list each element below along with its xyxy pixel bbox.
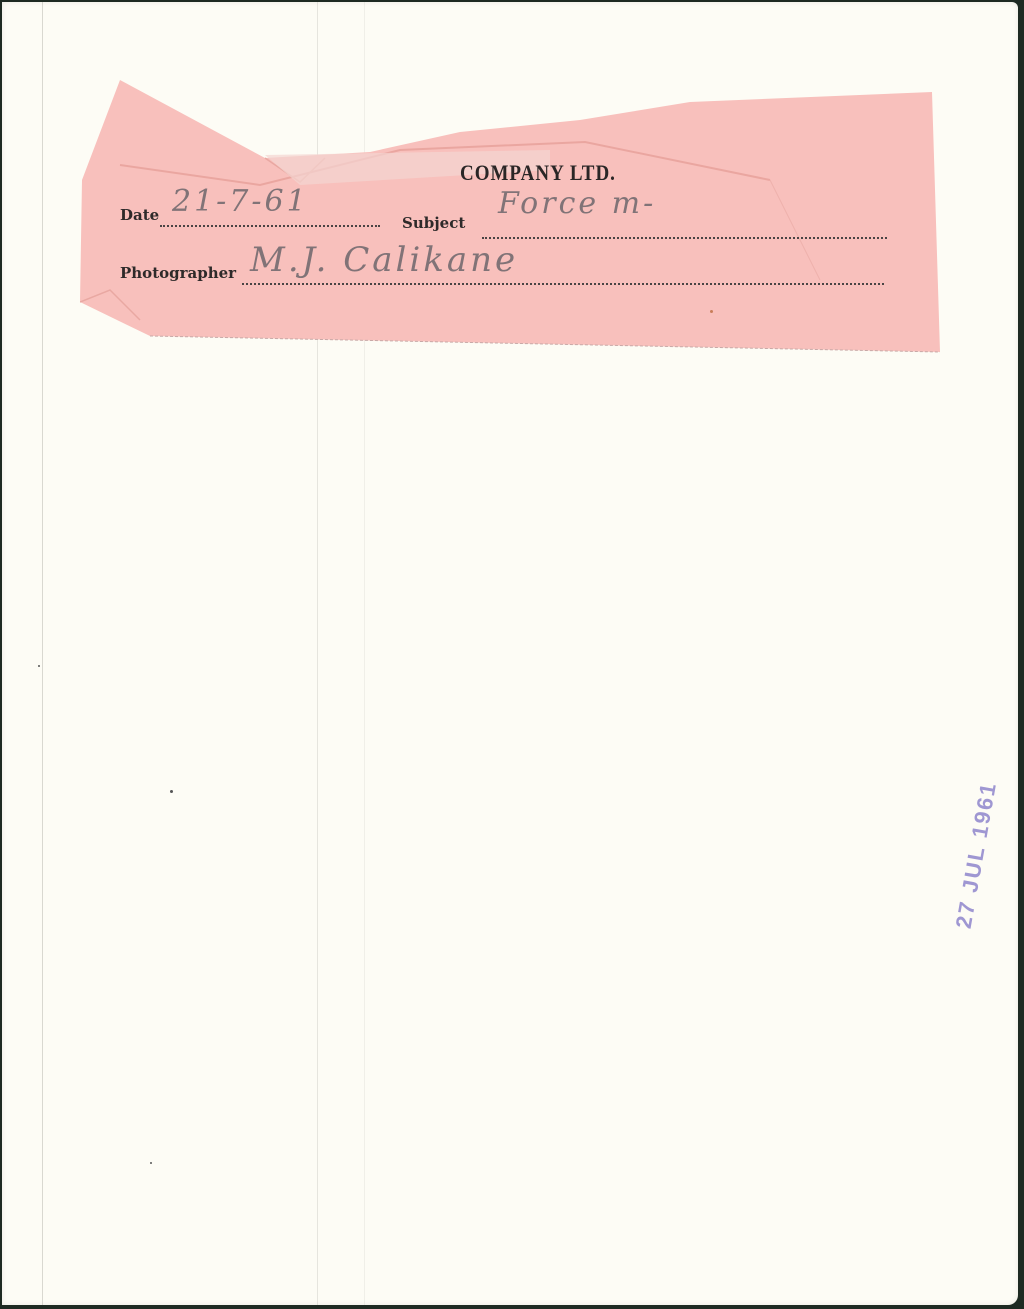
- date-dotted-line: [160, 225, 380, 227]
- subject-dotted-line: [482, 237, 887, 239]
- photo-back-card: COMPANY LTD. Date 21-7-61 Subject Force …: [2, 2, 1018, 1305]
- photographer-dotted-line: [242, 283, 884, 285]
- photographer-handwritten: M.J. Calikane: [250, 240, 518, 280]
- crease-line: [42, 2, 43, 1305]
- speck: [170, 790, 173, 793]
- date-received-stamp: 27 JUL 1961: [951, 779, 1002, 930]
- subject-label: Subject: [402, 214, 465, 232]
- photographer-label: Photographer: [120, 264, 236, 282]
- subject-handwritten: Force m-: [498, 186, 656, 221]
- speck: [150, 1162, 152, 1164]
- pink-caption-label: COMPANY LTD. Date 21-7-61 Subject Force …: [80, 80, 942, 356]
- company-name: COMPANY LTD.: [460, 161, 616, 186]
- speck: [710, 310, 713, 313]
- speck: [38, 665, 40, 667]
- date-label: Date: [120, 206, 159, 224]
- date-handwritten: 21-7-61: [172, 184, 309, 219]
